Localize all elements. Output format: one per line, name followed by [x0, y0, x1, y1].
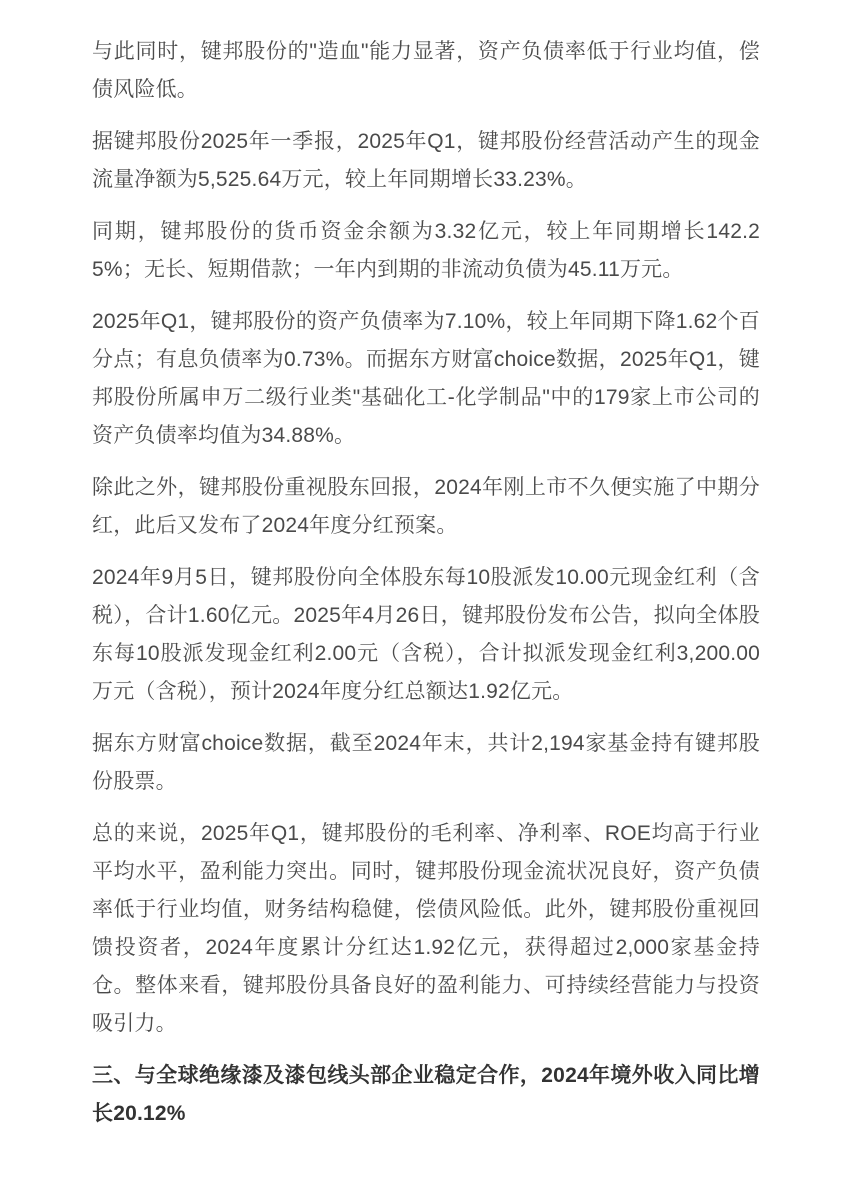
paragraph: 据键邦股份2025年一季报，2025年Q1，键邦股份经营活动产生的现金流量净额为… — [92, 123, 760, 199]
section-heading: 三、与全球绝缘漆及漆包线头部企业稳定合作，2024年境外收入同比增长20.12% — [92, 1057, 760, 1133]
paragraph: 除此之外，键邦股份重视股东回报，2024年刚上市不久便实施了中期分红，此后又发布… — [92, 469, 760, 545]
paragraph: 2024年9月5日，键邦股份向全体股东每10股派发10.00元现金红利（含税），… — [92, 559, 760, 711]
paragraph: 与此同时，键邦股份的"造血"能力显著，资产负债率低于行业均值，偿债风险低。 — [92, 33, 760, 109]
paragraph: 总的来说，2025年Q1，键邦股份的毛利率、净利率、ROE均高于行业平均水平，盈… — [92, 815, 760, 1043]
paragraph: 2025年Q1，键邦股份的资产负债率为7.10%，较上年同期下降1.62个百分点… — [92, 303, 760, 455]
paragraph: 据东方财富choice数据，截至2024年末，共计2,194家基金持有键邦股份股… — [92, 725, 760, 801]
paragraph: 同期，键邦股份的货币资金余额为3.32亿元，较上年同期增长142.25%；无长、… — [92, 213, 760, 289]
article-page: 与此同时，键邦股份的"造血"能力显著，资产负债率低于行业均值，偿债风险低。据键邦… — [0, 0, 848, 1133]
article-body: 与此同时，键邦股份的"造血"能力显著，资产负债率低于行业均值，偿债风险低。据键邦… — [92, 33, 760, 1043]
